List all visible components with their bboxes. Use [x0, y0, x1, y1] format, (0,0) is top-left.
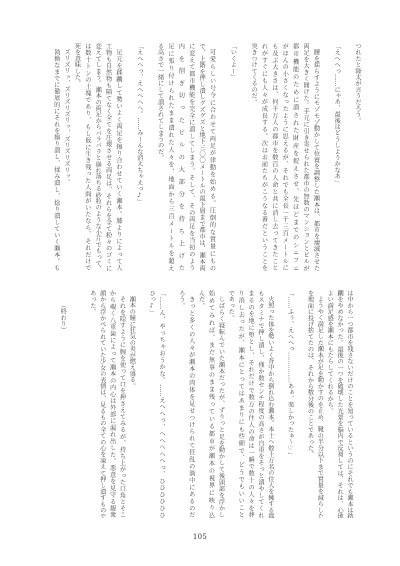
text-column: も及ぶ大きさは、何千万人の都市を数百の人命と共に消し去ってきたこと [268, 43, 278, 271]
text-column: もスタミナで押し潰し、僅か数センチ程度の高さが自重をそっと潰やしてくれ [255, 290, 265, 518]
dialogue-line: 「えへへっ……にゃあ、最後はどうしようかなあ」 [331, 43, 341, 271]
lower-text-section: は中から一つ都市を残さないだけのことを知っているというのにそれでも瀬本は踏 躙を… [57, 290, 354, 518]
dialogue-line: 「えへへっ、えへへへへ。……みーんな消えちゃえっ♪」 [133, 43, 143, 271]
text-column: つれたと隆太が言うだろう。 [352, 43, 362, 271]
text-column: 躙をやめなかった。最後の一つを破壊した光景を脳内で反芻しては、それは、心地 [334, 290, 344, 518]
dialogue-line: 「……ん、やっちゃおうかな。……えへへっ、へへへへへっ、ひひひひひひ [156, 290, 166, 518]
text-column: しばらく寝転んでいた瀬本だったが、ずりっと足を動かして後頭部を浮かし [216, 290, 226, 518]
text-column: 死を意味した。 [71, 43, 81, 271]
text-column: 変えてしまう。瀬本の両足からパラパラと崩れ落ちる砂粒のような小片でもって、実際 [92, 43, 102, 271]
blank-line [217, 43, 227, 271]
text-column: きっと多くの人々が瀬本の肉体を見せつけられて狂乱の渦中にあるのだ [186, 290, 196, 518]
text-column: は数十トンの土塊であり、もし仮に生き残った人間がいたなら、それだけで [81, 43, 91, 271]
blank-line [275, 290, 285, 518]
blank-line [295, 290, 305, 518]
text-column: に変えて都市機能を完全に潰してしまう。そして、その両足を当初のよう [185, 43, 195, 271]
text-column: 執拗なまでに徹底的にそれを擦り潰し、揉み潰し、捻り潰していく瀬本。も [50, 43, 60, 271]
text-column: 顔から浮かべられていた少女の表情は、見るもの全ての心を凍えて押し潰すもので [97, 290, 107, 518]
page-number: 105 [186, 532, 214, 542]
text-column: を地面に投げ捨てたのは、それから数分後のことであった。 [305, 290, 315, 518]
text-column: まるのを地に堕とし、それだけで数万の住人の命は一瞬で数十の人々を葬 [245, 290, 255, 518]
blank-line [320, 43, 330, 271]
text-column: る高さで一緒にして潰されてしまうのだ。 [154, 43, 164, 271]
text-column: 足元を蹂躙して勢いよく両足を擦り合わせていく瀬本。膝よりによって人 [113, 43, 123, 271]
text-column: がほんの小さくなったように思えるが、それでも全長一千三百メートルに [279, 43, 289, 271]
blank-line [237, 43, 247, 271]
text-column: で、上階を押し潰しグズグズと地下三〇〇メートルの最下層まで都市は、瀬本両 [196, 43, 206, 271]
text-column: よい満足感を瀬本にもたらしてくれるから。 [324, 290, 334, 518]
text-column: 足に張り付けられたまま潰れた人々を、地面から三百メートルを超え [165, 43, 175, 271]
upper-text-section: つれたと隆太が言うだろう。 「えへへっ……にゃあ、最後はどうしようかなあ」 腰を… [50, 43, 362, 271]
dialogue-line: ひっ♪」 [146, 290, 156, 518]
blank-line [166, 290, 176, 518]
text-column: 腰を揺らすようにモゾモゾ動かして位置を調整した瀬本は、都市を壊滅させた [310, 43, 320, 271]
text-column: は中から一つ都市を残さないだけのことを知っているというのにそれでも瀬本は踏 [344, 290, 354, 518]
blank-line [144, 43, 154, 271]
text-column: れがすぐにも人々が成長する。次はお前たちがこうなる番だということを [258, 43, 268, 271]
dialogue-line: 「いくよー」 [227, 43, 237, 271]
text-column: ズリズリッ、ズリズリズリッ、ズリズリズリッ。 [61, 43, 71, 271]
blank-line [123, 43, 133, 271]
text-column: 工物も自然物も隔てなく全てを圧壊させる両足は、それらを全て粉々のゴミに [102, 43, 112, 271]
text-column: 始めてみれば、まだ無事のまま残っている都市が瀬本の視界に映り込 [206, 290, 216, 518]
text-column: んだ。 [196, 290, 206, 518]
end-mark: （終わり） [57, 290, 67, 518]
blank-line [77, 290, 87, 518]
blank-line [136, 290, 146, 518]
text-column: それを隠すように腕を使って口を押さえてみるが、持ち上がった口角とそこ [117, 290, 127, 518]
text-column: 火照った体を勢いよく背中から倒れ込む瀬本。本土へ数十万名の住人を擁する都市の [265, 290, 275, 518]
text-column: り消し去ったが、瀬本にとってはあまりにも些細で、どうでもいいこと [235, 290, 245, 518]
text-column: であった。 [225, 290, 235, 518]
text-column: 内を削ぎ切ったビルの大部分を持ち上げた [175, 43, 185, 271]
text-column: ようやく満足した瀬本が足を動かすのを止め、靴の半分以下まで質量を減らしたそれ [314, 290, 324, 518]
text-column: から覗く八重歯によって瀬本の内心は外部に漏れ出した。悪意を見守る観衆 [107, 290, 117, 518]
text-column: 可愛らしい号令に合わせて両足が律動を始める。圧倒的な質量にもの [206, 43, 216, 271]
text-column: 突きつけてくるのだ。 [248, 43, 258, 271]
text-column: 両足を大きく開けた。手元に引き寄せられた都市の無数のマンションとビルが [300, 43, 310, 271]
text-column: 都市機能のために潰された財産を捉えさせ、先ほどまでのシニフニ [289, 43, 299, 271]
dialogue-line: 「……ふぅ、えへへっ……………あぁ、楽しかったぁ〜♡」 [285, 290, 295, 518]
blank-line [341, 43, 351, 271]
text-column: あった。 [87, 290, 97, 518]
text-column: ろう。 [176, 290, 186, 518]
blank-line [67, 290, 77, 518]
text-column: 瀬本の瞳に狂気の炎が燃え盛る。 [127, 290, 137, 518]
